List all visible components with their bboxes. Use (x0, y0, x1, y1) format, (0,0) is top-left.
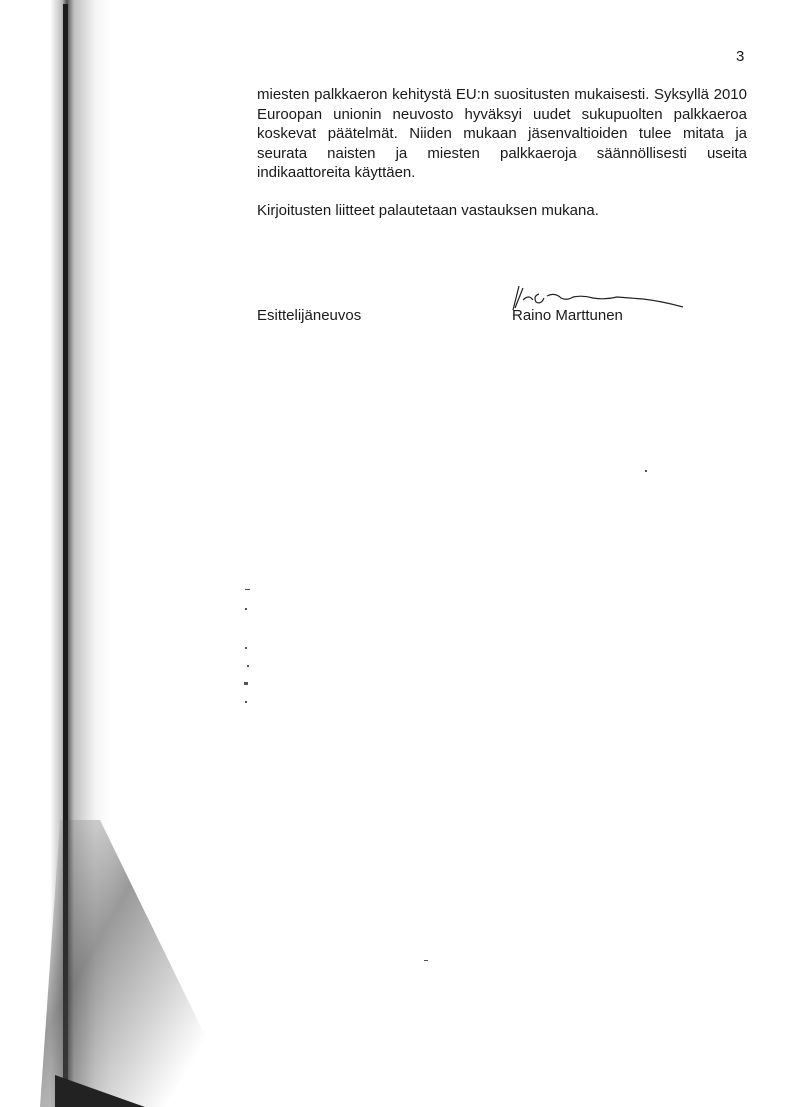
document-body: miesten palkkaeron kehitystä EU:n suosit… (257, 85, 747, 238)
paragraph-attachments: Kirjoitusten liitteet palautetaan vastau… (257, 201, 747, 221)
scan-corner-shadow (40, 820, 240, 1107)
signatory-name: Raino Marttunen (512, 307, 623, 324)
scan-speck (245, 608, 247, 610)
signatory-title: Esittelijäneuvos (257, 307, 361, 324)
scan-speck (245, 701, 247, 703)
scan-speck (645, 470, 647, 472)
scan-speck (424, 960, 428, 961)
page-number: 3 (736, 48, 744, 65)
paragraph-pay-gap: miesten palkkaeron kehitystä EU:n suosit… (257, 85, 747, 183)
scan-speck (244, 682, 248, 685)
scan-speck (247, 665, 249, 667)
scan-speck (245, 647, 247, 649)
scan-speck (245, 589, 250, 590)
